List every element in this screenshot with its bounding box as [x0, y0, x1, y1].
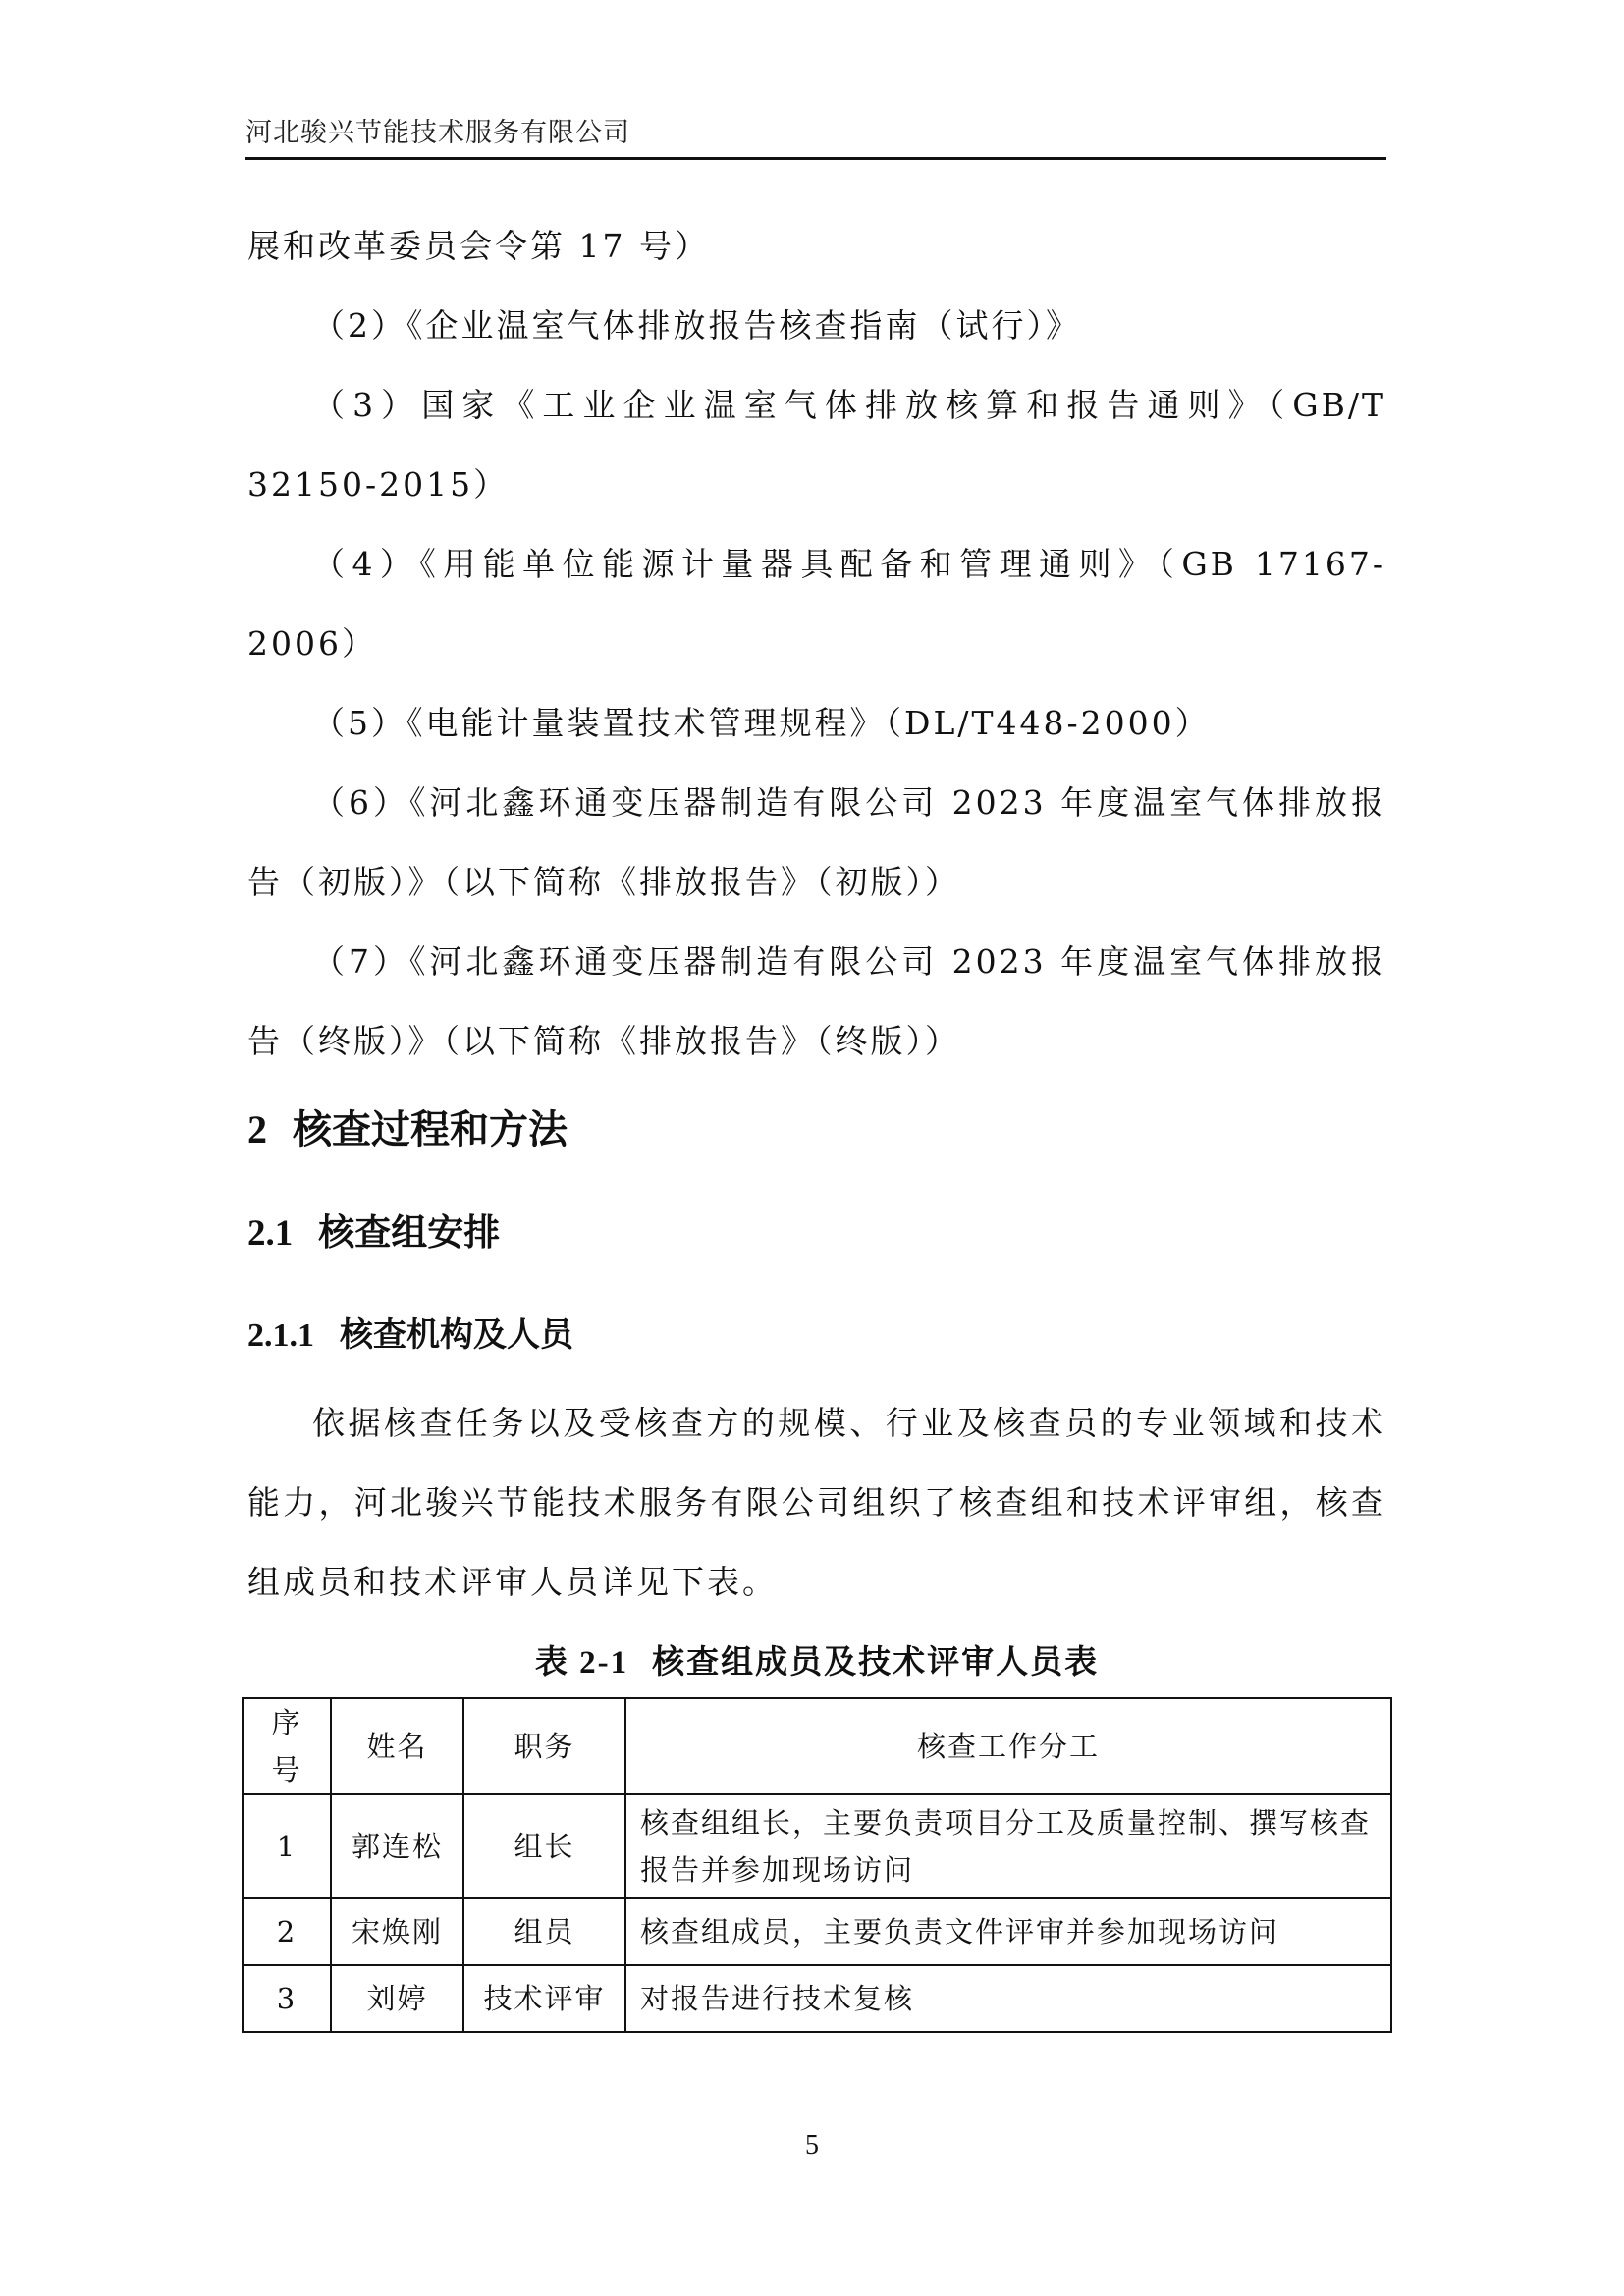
- page-body: 展和改革委员会令第 17 号） （2）《企业温室气体排放报告核查指南（试行）》 …: [247, 206, 1386, 2033]
- page-header: 河北骏兴节能技术服务有限公司: [245, 116, 1386, 151]
- reference-item: （6）《河北鑫环通变压器制造有限公司 2023 年度温室气体排放报告（初版）》（…: [247, 763, 1386, 922]
- table-row: 3 刘婷 技术评审 对报告进行技术复核: [243, 1965, 1391, 2032]
- reference-item: （7）《河北鑫环通变压器制造有限公司 2023 年度温室气体排放报告（终版）》（…: [247, 922, 1386, 1081]
- cell-name: 郭连松: [331, 1794, 463, 1898]
- header-cell: 核查工作分工: [625, 1698, 1391, 1794]
- heading-number: 2.1: [247, 1180, 293, 1288]
- table-caption-title: 核查组成员及技术评审人员表: [652, 1642, 1099, 1681]
- section-heading-2-1: 2.1核查组安排: [247, 1179, 1386, 1288]
- heading-number: 2: [247, 1081, 267, 1179]
- header-cell: 职务: [463, 1698, 625, 1794]
- cell-name: 刘婷: [331, 1965, 463, 2032]
- company-name: 河北骏兴节能技术服务有限公司: [245, 116, 1386, 151]
- personnel-table: 序号 姓名 职务 核查工作分工 1 郭连松 组长 核查组组长，主要负责项目分工及…: [242, 1697, 1392, 2033]
- header-cell: 姓名: [331, 1698, 463, 1794]
- cell-no: 2: [243, 1898, 331, 1965]
- cell-role: 技术评审: [463, 1965, 625, 2032]
- heading-title: 核查组安排: [318, 1211, 500, 1254]
- section-heading-2: 2核查过程和方法: [247, 1081, 1386, 1179]
- section-heading-2-1-1: 2.1.1核查机构及人员: [247, 1288, 1386, 1383]
- reference-continuation: 展和改革委员会令第 17 号）: [247, 206, 1386, 286]
- reference-item: （2）《企业温室气体排放报告核查指南（试行）》: [247, 286, 1386, 365]
- header-cell: 序号: [243, 1698, 331, 1794]
- cell-name: 宋焕刚: [331, 1898, 463, 1965]
- cell-no: 1: [243, 1794, 331, 1898]
- reference-item: （3）国家《工业企业温室气体排放核算和报告通则》（GB/T 32150-2015…: [247, 365, 1386, 524]
- cell-duty: 核查组成员，主要负责文件评审并参加现场访问: [625, 1898, 1391, 1965]
- heading-number: 2.1.1: [247, 1289, 314, 1383]
- cell-role: 组员: [463, 1898, 625, 1965]
- cell-no: 3: [243, 1965, 331, 2032]
- table-header-row: 序号 姓名 职务 核查工作分工: [243, 1698, 1391, 1794]
- reference-item: （5）《电能计量装置技术管理规程》（DL/T448-2000）: [247, 683, 1386, 763]
- table-row: 1 郭连松 组长 核查组组长，主要负责项目分工及质量控制、撰写核查报告并参加现场…: [243, 1794, 1391, 1898]
- body-paragraph: 依据核查任务以及受核查方的规模、行业及核查员的专业领域和技术能力，河北骏兴节能技…: [247, 1383, 1386, 1622]
- heading-title: 核查机构及人员: [340, 1315, 573, 1355]
- cell-duty: 对报告进行技术复核: [625, 1965, 1391, 2032]
- reference-item: （4）《用能单位能源计量器具配备和管理通则》（GB 17167-2006）: [247, 524, 1386, 683]
- cell-duty: 核查组组长，主要负责项目分工及质量控制、撰写核查报告并参加现场访问: [625, 1794, 1391, 1898]
- table-caption: 表 2-1核查组成员及技术评审人员表: [247, 1628, 1386, 1697]
- page-number: 5: [0, 2130, 1624, 2162]
- header-divider: [245, 157, 1386, 160]
- cell-role: 组长: [463, 1794, 625, 1898]
- heading-title: 核查过程和方法: [293, 1107, 568, 1152]
- table-row: 2 宋焕刚 组员 核查组成员，主要负责文件评审并参加现场访问: [243, 1898, 1391, 1965]
- table-caption-number: 表 2-1: [535, 1645, 628, 1681]
